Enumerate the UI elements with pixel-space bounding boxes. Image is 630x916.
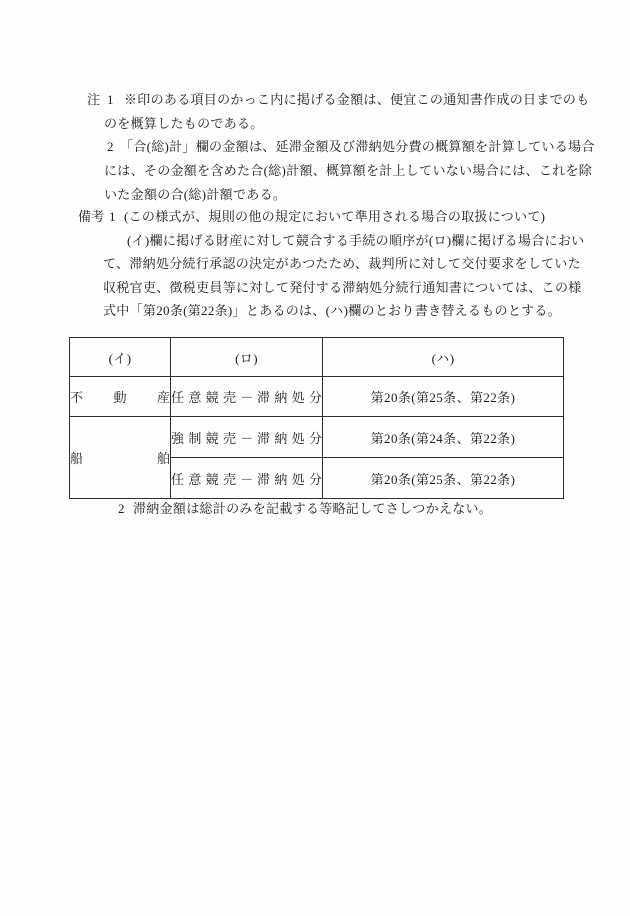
table-header-col-ro: (ロ) [171, 338, 323, 377]
cell-article: 第20条(第24条、第22条) [323, 417, 564, 458]
note-item2-line1: 「合(総)計」欄の金額は、延滞金額及び滞納処分費の概算額を計算している場合 [120, 138, 595, 156]
remarks-item2-number: 2 [118, 500, 125, 518]
note-label: 注 [87, 91, 100, 109]
remarks-item1-line1: (イ)欄に掲げる財産に対して競合する手続の順序が(ロ)欄に掲げる場合におい [127, 232, 584, 250]
table-row: 船 舶 強 制 競 売 － 滞 納 処 分 第20条(第24条、第22条) [70, 417, 564, 458]
note-item1-line1: ※印のある項目のかっこ内に掲げる金額は、便宜この通知書作成の日までのも [124, 91, 590, 109]
remarks-label: 備考 [78, 208, 105, 226]
remarks-item1-heading: (この様式が、規則の他の規定において準用される場合の取扱について) [124, 208, 545, 226]
cell-procedure: 強 制 競 売 － 滞 納 処 分 [171, 417, 323, 458]
table-header-row: (イ) (ロ) (ハ) [70, 338, 564, 377]
table-header-col-ha: (ハ) [323, 338, 564, 377]
note-item2-line2: には、その金額を含めた合(総)計額、概算額を計上していない場合には、これを除 [104, 162, 592, 180]
remarks-item1-line2: て、滞納処分続行承認の決定があつたため、裁判所に対して交付要求をしていた [103, 255, 581, 273]
cell-procedure: 任 意 競 売 － 滞 納 処 分 [171, 377, 323, 417]
cell-property-senpaku: 船 舶 [70, 417, 171, 499]
note-item2-number: 2 [107, 138, 114, 156]
cross-reference-table: (イ) (ロ) (ハ) 不 動 産 任 意 競 売 － 滞 納 処 分 第20条… [69, 337, 564, 499]
cell-article: 第20条(第25条、第22条) [323, 458, 564, 499]
note-item1-line2: のを概算したものである。 [104, 115, 264, 133]
remarks-item1-line4: 式中「第20条(第22条)」とあるのは、(ハ)欄のとおり書き替えるものとする。 [103, 302, 561, 320]
remarks-item1-number: 1 [109, 208, 116, 226]
table-header-col-i: (イ) [70, 338, 171, 377]
cell-article: 第20条(第25条、第22条) [323, 377, 564, 417]
note-item2-line3: いた金額の合(総)計額である。 [104, 186, 286, 204]
cell-property-fudosan: 不 動 産 [70, 377, 171, 417]
remarks-item1-line3: 収税官吏、徴税吏員等に対して発付する滞納処分続行通知書については、この様 [103, 279, 582, 297]
note-item1-number: 1 [107, 91, 114, 109]
remarks-item2-text: 滞納金額は総計のみを記載する等略記してさしつかえない。 [133, 500, 492, 518]
cell-procedure: 任 意 競 売 － 滞 納 処 分 [171, 458, 323, 499]
table-row: 不 動 産 任 意 競 売 － 滞 納 処 分 第20条(第25条、第22条) [70, 377, 564, 417]
document-page: 注 1 ※印のある項目のかっこ内に掲げる金額は、便宜この通知書作成の日までのも … [0, 0, 630, 916]
